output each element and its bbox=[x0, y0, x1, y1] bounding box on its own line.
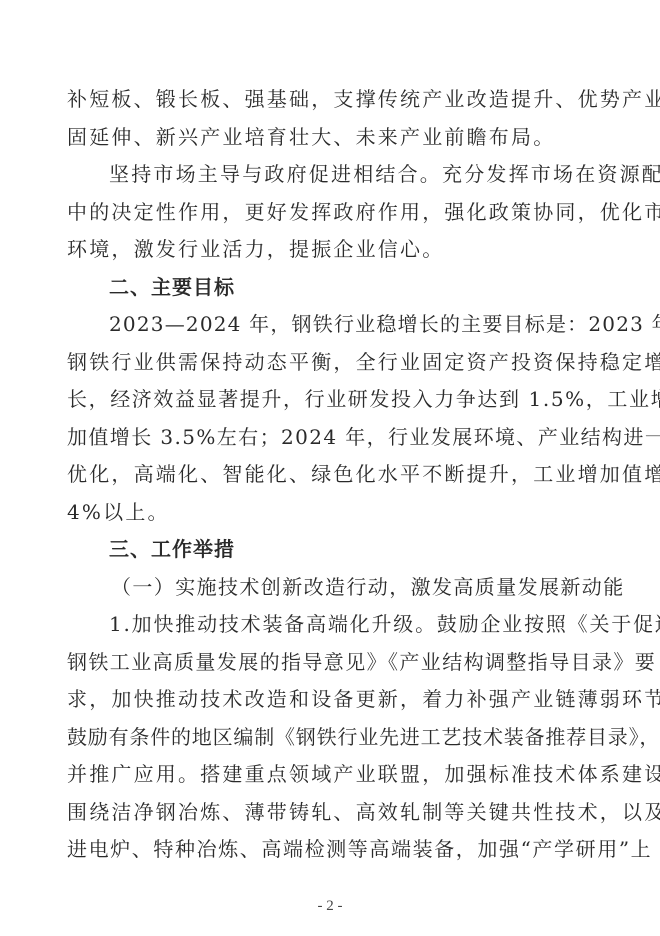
subsection-heading-tech-innovation: （一）实施技术创新改造行动，激发高质量发展新动能 bbox=[67, 569, 594, 607]
body-text: 补短板、锻长板、强基础，支撑传统产业改造提升、优势产业巩 固延伸、新兴产业培育壮… bbox=[67, 81, 594, 869]
text-line: 环境，激发行业活力，提振企业信心。 bbox=[67, 231, 594, 269]
text-line: 坚持市场主导与政府促进相结合。充分发挥市场在资源配置 bbox=[67, 156, 594, 194]
text-line: 中的决定性作用，更好发挥政府作用，强化政策协同，优化市场 bbox=[67, 194, 594, 232]
document-page: 补短板、锻长板、强基础，支撑传统产业改造提升、优势产业巩 固延伸、新兴产业培育壮… bbox=[0, 0, 660, 936]
paragraph-main-goals: 2023—2024 年，钢铁行业稳增长的主要目标是：2023 年， 钢铁行业供需… bbox=[67, 306, 594, 531]
text-line: 2023—2024 年，钢铁行业稳增长的主要目标是：2023 年， bbox=[67, 306, 594, 344]
text-line: 补短板、锻长板、强基础，支撑传统产业改造提升、优势产业巩 bbox=[67, 81, 594, 119]
text-line: 求，加快推动技术改造和设备更新，着力补强产业链薄弱环节。 bbox=[67, 681, 594, 719]
paragraph-principles-2: 坚持市场主导与政府促进相结合。充分发挥市场在资源配置 中的决定性作用，更好发挥政… bbox=[67, 156, 594, 269]
section-heading-main-goals: 二、主要目标 bbox=[67, 269, 594, 307]
text-line: 加值增长 3.5%左右；2024 年，行业发展环境、产业结构进一步 bbox=[67, 419, 594, 457]
section-heading-work-measures: 三、工作举措 bbox=[67, 531, 594, 569]
text-line: 固延伸、新兴产业培育壮大、未来产业前瞻布局。 bbox=[67, 119, 594, 157]
paragraph-principles-1: 补短板、锻长板、强基础，支撑传统产业改造提升、优势产业巩 固延伸、新兴产业培育壮… bbox=[67, 81, 594, 156]
text-line: 鼓励有条件的地区编制《钢铁行业先进工艺技术装备推荐目录》， bbox=[67, 719, 594, 757]
text-line: （一）实施技术创新改造行动，激发高质量发展新动能 bbox=[111, 569, 594, 607]
text-line: 长，经济效益显著提升，行业研发投入力争达到 1.5%，工业增 bbox=[67, 381, 594, 419]
text-line: 钢铁行业供需保持动态平衡，全行业固定资产投资保持稳定增 bbox=[67, 344, 594, 382]
text-line: 并推广应用。搭建重点领域产业联盟，加强标准技术体系建设， bbox=[67, 756, 594, 794]
text-line: 围绕洁净钢冶炼、薄带铸轧、高效轧制等关键共性技术，以及先 bbox=[67, 794, 594, 832]
page-number: - 2 - bbox=[0, 898, 660, 915]
text-line: 1.加快推动技术装备高端化升级。鼓励企业按照《关于促进 bbox=[67, 606, 594, 644]
text-line: 优化，高端化、智能化、绿色化水平不断提升，工业增加值增长 bbox=[67, 456, 594, 494]
text-line: 钢铁工业高质量发展的指导意见》《产业结构调整指导目录》要 bbox=[67, 644, 594, 682]
text-line: 进电炉、特种冶炼、高端检测等高端装备，加强“产学研用”上 bbox=[67, 831, 594, 869]
paragraph-item-1: 1.加快推动技术装备高端化升级。鼓励企业按照《关于促进 钢铁工业高质量发展的指导… bbox=[67, 606, 594, 869]
text-line: 4%以上。 bbox=[67, 494, 594, 532]
